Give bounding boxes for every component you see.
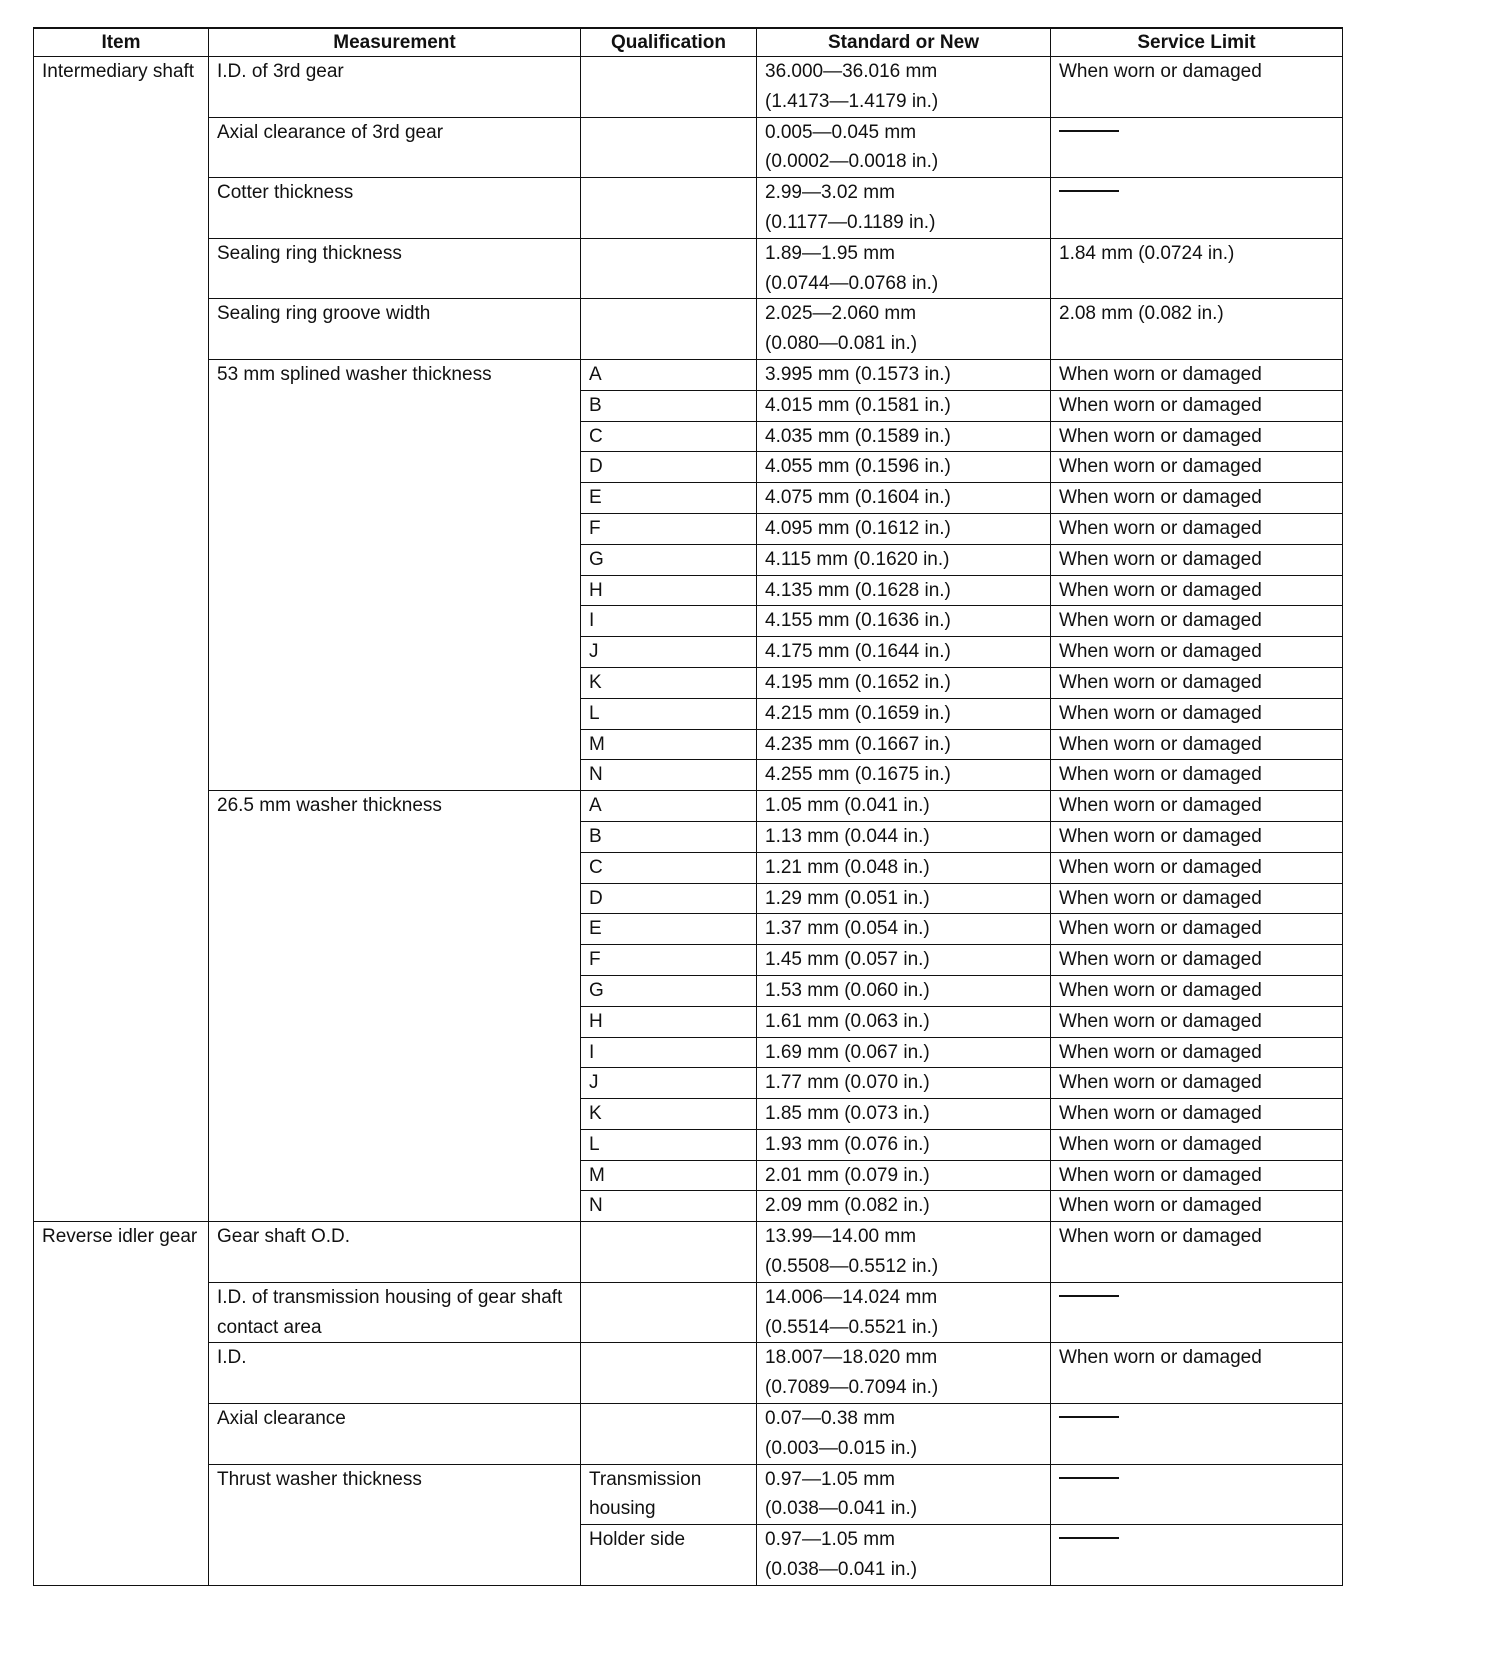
standard-cell: 1.61 mm (0.063 in.) bbox=[757, 1006, 1051, 1037]
standard-cell: 4.015 mm (0.1581 in.) bbox=[757, 390, 1051, 421]
service-limit-cell: When worn or damaged bbox=[1051, 1006, 1343, 1037]
standard-cell: 4.115 mm (0.1620 in.) bbox=[757, 544, 1051, 575]
qualification-cell: E bbox=[581, 914, 757, 945]
qualification-cell bbox=[581, 178, 757, 239]
service-limit-cell: When worn or damaged bbox=[1051, 975, 1343, 1006]
standard-cell: 1.85 mm (0.073 in.) bbox=[757, 1099, 1051, 1130]
dash-placeholder bbox=[1059, 1537, 1119, 1539]
qualification-cell: G bbox=[581, 975, 757, 1006]
table-row: 53 mm splined washer thicknessA3.995 mm … bbox=[34, 359, 1343, 390]
standard-cell: 0.97—1.05 mm(0.038—0.041 in.) bbox=[757, 1464, 1051, 1525]
standard-cell: 4.135 mm (0.1628 in.) bbox=[757, 575, 1051, 606]
qualification-cell: N bbox=[581, 760, 757, 791]
service-limit-cell: When worn or damaged bbox=[1051, 390, 1343, 421]
qualification-cell bbox=[581, 238, 757, 299]
service-limit-cell: When worn or damaged bbox=[1051, 606, 1343, 637]
standard-cell: 4.215 mm (0.1659 in.) bbox=[757, 698, 1051, 729]
table-row: Axial clearance0.07—0.38 mm(0.003—0.015 … bbox=[34, 1404, 1343, 1465]
table-row: Sealing ring groove width2.025—2.060 mm(… bbox=[34, 299, 1343, 360]
table-row: I.D.18.007—18.020 mm(0.7089—0.7094 in.)W… bbox=[34, 1343, 1343, 1404]
qualification-cell bbox=[581, 1343, 757, 1404]
qualification-cell: M bbox=[581, 729, 757, 760]
qualification-cell bbox=[581, 1404, 757, 1465]
qualification-cell: N bbox=[581, 1191, 757, 1222]
qualification-cell: G bbox=[581, 544, 757, 575]
header-item: Item bbox=[34, 28, 209, 57]
service-limit-cell bbox=[1051, 1464, 1343, 1525]
service-limit-cell bbox=[1051, 178, 1343, 239]
standard-cell: 4.255 mm (0.1675 in.) bbox=[757, 760, 1051, 791]
standard-cell: 36.000—36.016 mm(1.4173—1.4179 in.) bbox=[757, 57, 1051, 118]
service-limit-cell: When worn or damaged bbox=[1051, 359, 1343, 390]
standard-cell: 1.29 mm (0.051 in.) bbox=[757, 883, 1051, 914]
item-cell: Reverse idler gear bbox=[34, 1222, 209, 1586]
service-limit-cell: When worn or damaged bbox=[1051, 1129, 1343, 1160]
qualification-cell bbox=[581, 299, 757, 360]
table-row: Intermediary shaftI.D. of 3rd gear36.000… bbox=[34, 57, 1343, 118]
qualification-cell: A bbox=[581, 791, 757, 822]
service-limit-cell: When worn or damaged bbox=[1051, 1068, 1343, 1099]
table-row: Axial clearance of 3rd gear0.005—0.045 m… bbox=[34, 117, 1343, 178]
qualification-cell: B bbox=[581, 821, 757, 852]
standard-cell: 1.53 mm (0.060 in.) bbox=[757, 975, 1051, 1006]
measurement-cell: 53 mm splined washer thickness bbox=[209, 359, 581, 790]
standard-cell: 1.37 mm (0.054 in.) bbox=[757, 914, 1051, 945]
qualification-cell: I bbox=[581, 606, 757, 637]
qualification-cell: E bbox=[581, 483, 757, 514]
measurement-cell: 26.5 mm washer thickness bbox=[209, 791, 581, 1222]
service-limit-cell bbox=[1051, 117, 1343, 178]
service-limit-cell: When worn or damaged bbox=[1051, 1037, 1343, 1068]
table-row: I.D. of transmission housing of gear sha… bbox=[34, 1282, 1343, 1343]
measurement-cell: Axial clearance of 3rd gear bbox=[209, 117, 581, 178]
service-limit-cell: When worn or damaged bbox=[1051, 698, 1343, 729]
standard-cell: 1.21 mm (0.048 in.) bbox=[757, 852, 1051, 883]
standard-cell: 1.93 mm (0.076 in.) bbox=[757, 1129, 1051, 1160]
qualification-cell bbox=[581, 1282, 757, 1343]
service-limit-cell: When worn or damaged bbox=[1051, 914, 1343, 945]
service-limit-cell bbox=[1051, 1525, 1343, 1586]
service-limit-cell: When worn or damaged bbox=[1051, 760, 1343, 791]
service-limit-cell: When worn or damaged bbox=[1051, 513, 1343, 544]
service-limit-cell: When worn or damaged bbox=[1051, 729, 1343, 760]
header-row: Item Measurement Qualification Standard … bbox=[34, 28, 1343, 57]
standard-cell: 0.97—1.05 mm(0.038—0.041 in.) bbox=[757, 1525, 1051, 1586]
qualification-cell: H bbox=[581, 575, 757, 606]
service-limit-cell: When worn or damaged bbox=[1051, 452, 1343, 483]
standard-cell: 4.055 mm (0.1596 in.) bbox=[757, 452, 1051, 483]
qualification-cell: J bbox=[581, 1068, 757, 1099]
header-standard: Standard or New bbox=[757, 28, 1051, 57]
standard-cell: 1.13 mm (0.044 in.) bbox=[757, 821, 1051, 852]
standard-cell: 13.99—14.00 mm(0.5508—0.5512 in.) bbox=[757, 1222, 1051, 1283]
table-row: Cotter thickness2.99—3.02 mm(0.1177—0.11… bbox=[34, 178, 1343, 239]
qualification-cell bbox=[581, 117, 757, 178]
header-service-limit: Service Limit bbox=[1051, 28, 1343, 57]
qualification-cell: M bbox=[581, 1160, 757, 1191]
qualification-cell: F bbox=[581, 513, 757, 544]
service-limit-cell: When worn or damaged bbox=[1051, 883, 1343, 914]
standard-cell: 18.007—18.020 mm(0.7089—0.7094 in.) bbox=[757, 1343, 1051, 1404]
table-row: Sealing ring thickness1.89—1.95 mm(0.074… bbox=[34, 238, 1343, 299]
service-limit-cell: When worn or damaged bbox=[1051, 821, 1343, 852]
service-limit-cell: When worn or damaged bbox=[1051, 791, 1343, 822]
service-limit-cell: When worn or damaged bbox=[1051, 1099, 1343, 1130]
standard-cell: 1.05 mm (0.041 in.) bbox=[757, 791, 1051, 822]
qualification-cell: Transmission housing bbox=[581, 1464, 757, 1525]
table-row: 26.5 mm washer thicknessA1.05 mm (0.041 … bbox=[34, 791, 1343, 822]
service-limit-cell: When worn or damaged bbox=[1051, 945, 1343, 976]
service-limit-cell: When worn or damaged bbox=[1051, 483, 1343, 514]
service-limit-cell: When worn or damaged bbox=[1051, 1191, 1343, 1222]
header-qualification: Qualification bbox=[581, 28, 757, 57]
measurement-cell: Gear shaft O.D. bbox=[209, 1222, 581, 1283]
qualification-cell: D bbox=[581, 452, 757, 483]
standard-cell: 4.075 mm (0.1604 in.) bbox=[757, 483, 1051, 514]
table-row: Reverse idler gearGear shaft O.D.13.99—1… bbox=[34, 1222, 1343, 1283]
standard-cell: 0.07—0.38 mm(0.003—0.015 in.) bbox=[757, 1404, 1051, 1465]
qualification-cell: L bbox=[581, 698, 757, 729]
qualification-cell: C bbox=[581, 421, 757, 452]
service-limit-cell: When worn or damaged bbox=[1051, 852, 1343, 883]
standard-cell: 1.77 mm (0.070 in.) bbox=[757, 1068, 1051, 1099]
service-limit-cell: When worn or damaged bbox=[1051, 667, 1343, 698]
measurement-cell: I.D. of 3rd gear bbox=[209, 57, 581, 118]
dash-placeholder bbox=[1059, 130, 1119, 132]
standard-cell: 2.01 mm (0.079 in.) bbox=[757, 1160, 1051, 1191]
qualification-cell: I bbox=[581, 1037, 757, 1068]
qualification-cell: H bbox=[581, 1006, 757, 1037]
measurement-cell: Cotter thickness bbox=[209, 178, 581, 239]
standard-cell: 1.69 mm (0.067 in.) bbox=[757, 1037, 1051, 1068]
service-limit-cell bbox=[1051, 1282, 1343, 1343]
qualification-cell: K bbox=[581, 667, 757, 698]
standard-cell: 2.09 mm (0.082 in.) bbox=[757, 1191, 1051, 1222]
standard-cell: 3.995 mm (0.1573 in.) bbox=[757, 359, 1051, 390]
service-limit-cell: When worn or damaged bbox=[1051, 1160, 1343, 1191]
service-limit-cell: 1.84 mm (0.0724 in.) bbox=[1051, 238, 1343, 299]
standard-cell: 14.006—14.024 mm(0.5514—0.5521 in.) bbox=[757, 1282, 1051, 1343]
service-limit-cell: When worn or damaged bbox=[1051, 637, 1343, 668]
qualification-cell: Holder side bbox=[581, 1525, 757, 1586]
standard-cell: 2.025—2.060 mm(0.080—0.081 in.) bbox=[757, 299, 1051, 360]
dash-placeholder bbox=[1059, 1477, 1119, 1479]
service-limit-cell bbox=[1051, 1404, 1343, 1465]
dash-placeholder bbox=[1059, 1295, 1119, 1297]
service-limit-cell: 2.08 mm (0.082 in.) bbox=[1051, 299, 1343, 360]
qualification-cell: F bbox=[581, 945, 757, 976]
service-limit-cell: When worn or damaged bbox=[1051, 421, 1343, 452]
standard-cell: 1.89—1.95 mm(0.0744—0.0768 in.) bbox=[757, 238, 1051, 299]
qualification-cell: K bbox=[581, 1099, 757, 1130]
service-limit-cell: When worn or damaged bbox=[1051, 544, 1343, 575]
table-body: Intermediary shaftI.D. of 3rd gear36.000… bbox=[34, 57, 1343, 1586]
standard-cell: 1.45 mm (0.057 in.) bbox=[757, 945, 1051, 976]
measurement-cell: Thrust washer thickness bbox=[209, 1464, 581, 1585]
standard-cell: 4.035 mm (0.1589 in.) bbox=[757, 421, 1051, 452]
service-limit-cell: When worn or damaged bbox=[1051, 1343, 1343, 1404]
standard-cell: 4.155 mm (0.1636 in.) bbox=[757, 606, 1051, 637]
table-row: Thrust washer thicknessTransmission hous… bbox=[34, 1464, 1343, 1525]
qualification-cell bbox=[581, 57, 757, 118]
qualification-cell: B bbox=[581, 390, 757, 421]
qualification-cell bbox=[581, 1222, 757, 1283]
standard-cell: 4.175 mm (0.1644 in.) bbox=[757, 637, 1051, 668]
measurement-cell: Sealing ring groove width bbox=[209, 299, 581, 360]
standard-cell: 4.235 mm (0.1667 in.) bbox=[757, 729, 1051, 760]
qualification-cell: D bbox=[581, 883, 757, 914]
service-limit-cell: When worn or damaged bbox=[1051, 1222, 1343, 1283]
qualification-cell: J bbox=[581, 637, 757, 668]
qualification-cell: L bbox=[581, 1129, 757, 1160]
service-limit-cell: When worn or damaged bbox=[1051, 57, 1343, 118]
service-limit-cell: When worn or damaged bbox=[1051, 575, 1343, 606]
qualification-cell: A bbox=[581, 359, 757, 390]
dash-placeholder bbox=[1059, 190, 1119, 192]
measurement-cell: I.D. of transmission housing of gear sha… bbox=[209, 1282, 581, 1343]
measurement-cell: Sealing ring thickness bbox=[209, 238, 581, 299]
measurement-cell: Axial clearance bbox=[209, 1404, 581, 1465]
qualification-cell: C bbox=[581, 852, 757, 883]
specifications-table: Item Measurement Qualification Standard … bbox=[33, 27, 1343, 1586]
standard-cell: 4.195 mm (0.1652 in.) bbox=[757, 667, 1051, 698]
standard-cell: 2.99—3.02 mm(0.1177—0.1189 in.) bbox=[757, 178, 1051, 239]
standard-cell: 4.095 mm (0.1612 in.) bbox=[757, 513, 1051, 544]
dash-placeholder bbox=[1059, 1416, 1119, 1418]
standard-cell: 0.005—0.045 mm(0.0002—0.0018 in.) bbox=[757, 117, 1051, 178]
measurement-cell: I.D. bbox=[209, 1343, 581, 1404]
header-measurement: Measurement bbox=[209, 28, 581, 57]
item-cell: Intermediary shaft bbox=[34, 57, 209, 1222]
